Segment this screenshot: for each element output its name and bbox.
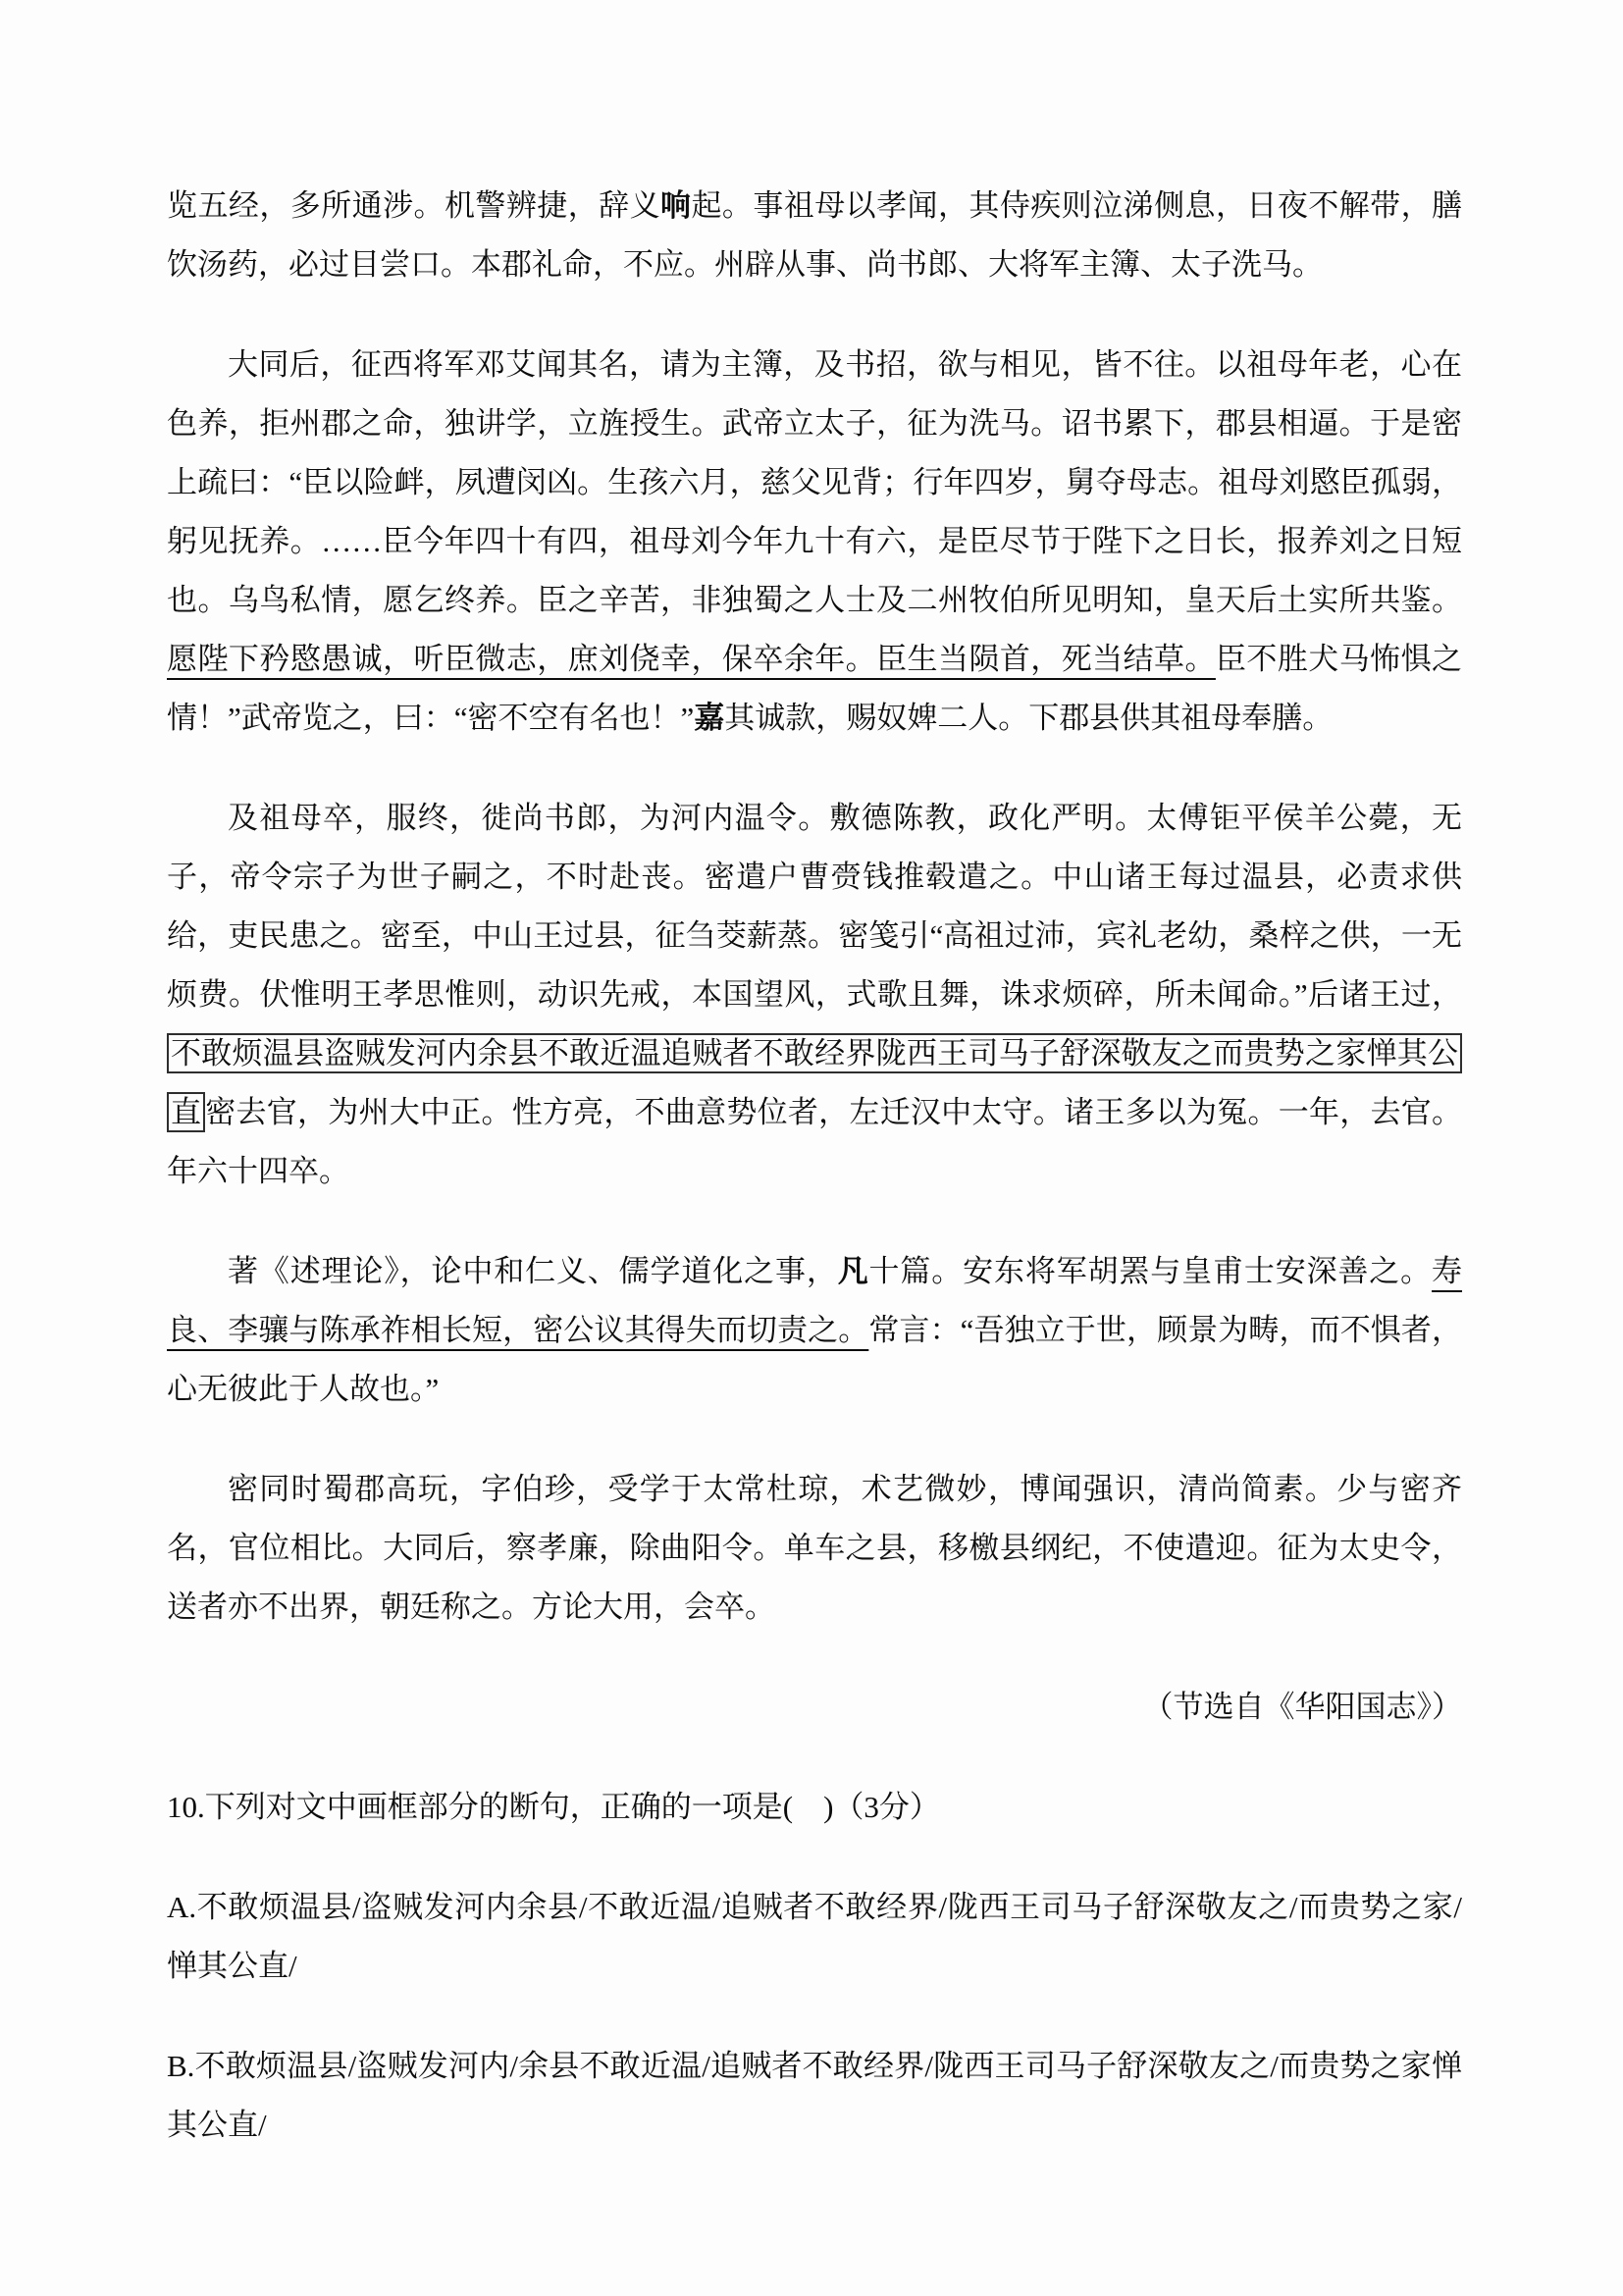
passage-paragraph-2: 大同后，征西将军邓艾闻其名，请为主簿，及书招，欲与相见，皆不往。以祖母年老，心在… [167,336,1462,748]
option-a-label: A. [167,1890,196,1924]
passage-paragraph-1: 览五经，多所通涉。机警辨捷，辞义响起。事祖母以孝闻，其侍疾则泣涕侧息，日夜不解带… [167,177,1462,294]
passage-segment-normal: 著《述理论》，论中和仁义、儒学道化之事， [228,1254,838,1288]
passage-paragraph-4: 著《述理论》，论中和仁义、儒学道化之事，凡十篇。安东将军胡罴与皇甫士安深善之。寿… [167,1242,1462,1419]
passage-paragraph-5: 密同时蜀郡高玩，字伯珍，受学于太常杜琼，术艺微妙，博闻强识，清尚简素。少与密齐名… [167,1460,1462,1637]
passage-segment-bold: 响 [660,188,691,223]
question-10-option-b: B.不敢烦温县/盗贼发河内/余县不敢近温/追贼者不敢经界/陇西王司马子舒深敬友之… [167,2037,1462,2155]
passage-segment-normal: 密去官，为州大中正。性方亮，不曲意势位者，左迁汉中太守。诸王多以为冤。一年，去官… [167,1095,1462,1188]
passage-segment-normal: 大同后，征西将军邓艾闻其名，请为主簿，及书招，欲与相见，皆不往。以祖母年老，心在… [167,347,1462,617]
passage-segment-bold: 凡 [838,1254,869,1288]
passage-segment-underline: 愿陛下矜愍愚诚，听臣微志，庶刘侥幸，保卒余年。臣生当陨首，死当结草。 [167,642,1216,676]
passage-segment-normal: 其诚款，赐奴婢二人。下郡县供其祖母奉膳。 [724,701,1333,735]
passage-source: （节选自《华阳国志》） [167,1678,1462,1737]
question-10-prompt: 10.下列对文中画框部分的断句，正确的一项是( )（3分） [167,1778,1462,1837]
question-10-option-a: A.不敢烦温县/盗贼发河内余县/不敢近温/追贼者不敢经界/陇西王司马子舒深敬友之… [167,1878,1462,1996]
passage-segment-normal: 密同时蜀郡高玩，字伯珍，受学于太常杜琼，术艺微妙，博闻强识，清尚简素。少与密齐名… [167,1472,1462,1624]
passage-segment-normal: 览五经，多所通涉。机警辨捷，辞义 [167,188,660,223]
passage-segment-bold: 嘉 [694,701,724,735]
passage-paragraph-3: 及祖母卒，服终，徙尚书郎，为河内温令。敷德陈教，政化严明。太傅钜平侯羊公薨，无子… [167,789,1462,1201]
passage-segment-normal: 十篇。安东将军胡罴与皇甫士安深善之。 [869,1254,1432,1288]
option-b-text: 不敢烦温县/盗贼发河内/余县不敢近温/追贼者不敢经界/陇西王司马子舒深敬友之/而… [167,2049,1462,2142]
exam-page: 览五经，多所通涉。机警辨捷，辞义响起。事祖母以孝闻，其侍疾则泣涕侧息，日夜不解带… [0,0,1623,2296]
option-b-label: B. [167,2049,194,2083]
option-a-text: 不敢烦温县/盗贼发河内余县/不敢近温/追贼者不敢经界/陇西王司马子舒深敬友之/而… [167,1890,1462,1983]
passage-segment-normal: 及祖母卒，服终，徙尚书郎，为河内温令。敷德陈教，政化严明。太傅钜平侯羊公薨，无子… [167,801,1462,1012]
